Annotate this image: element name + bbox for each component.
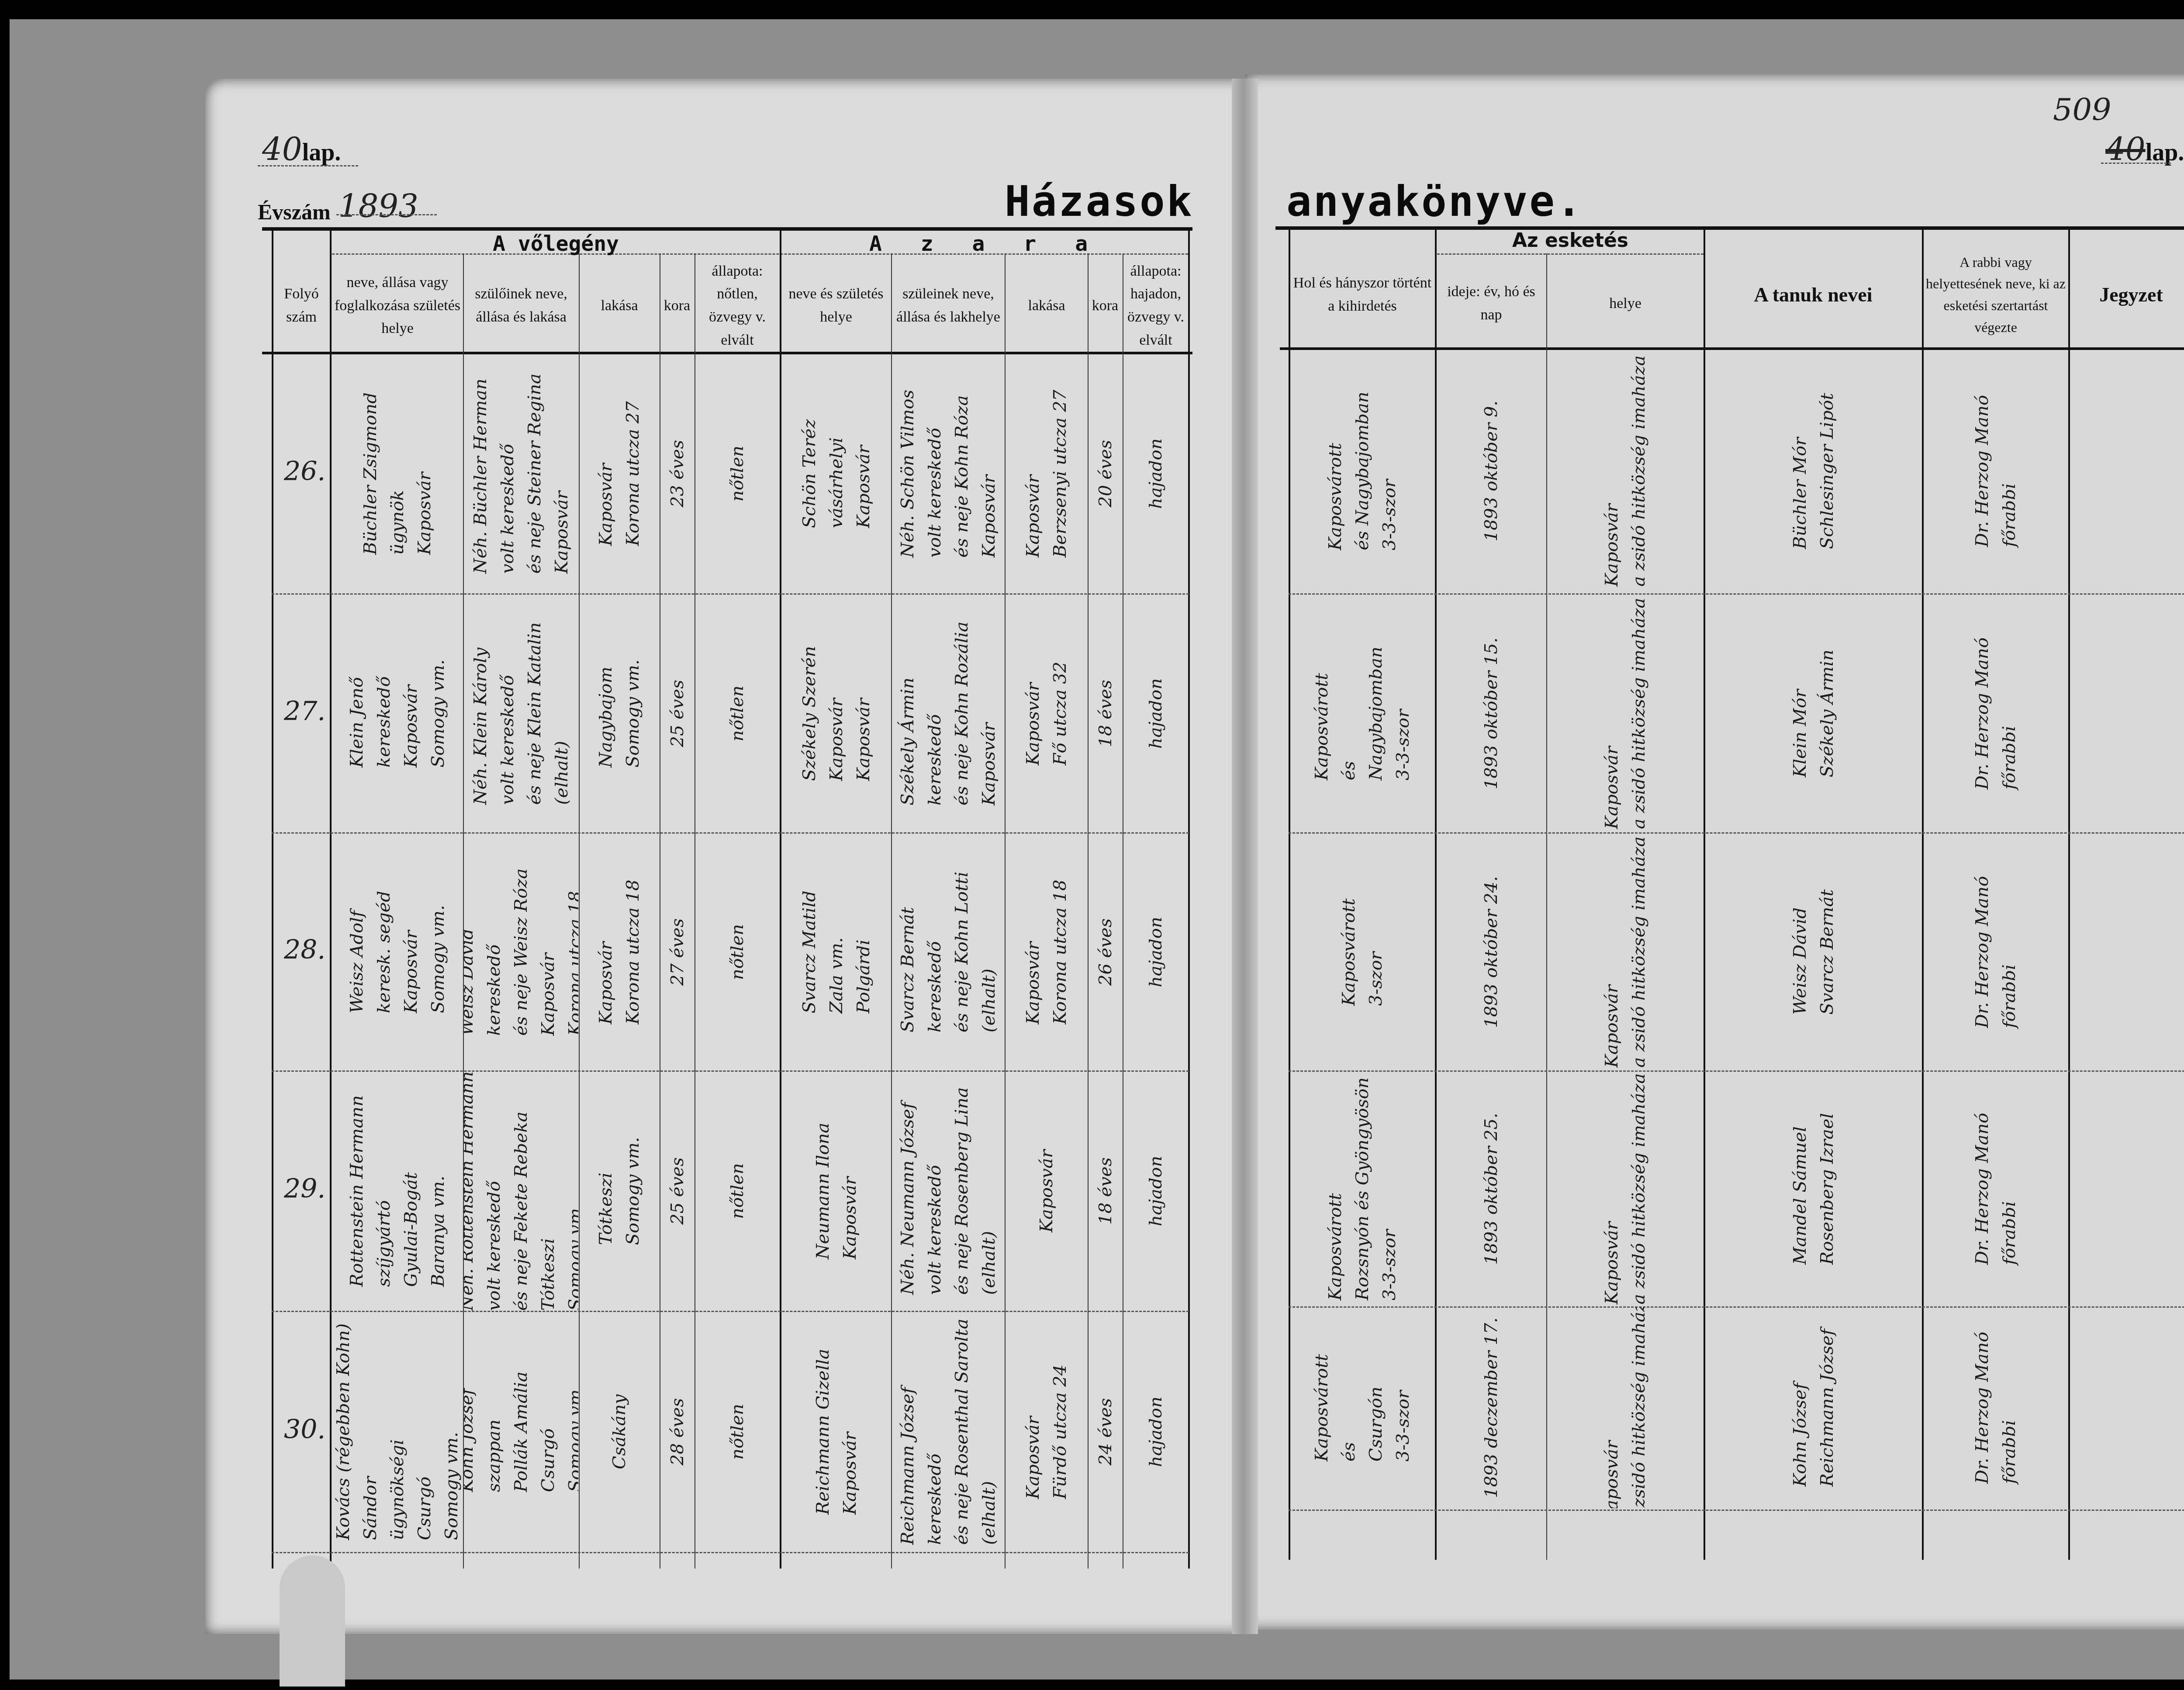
bride-residence-cell-text: KaposvárFő utcza 32: [1019, 661, 1074, 765]
handwritten-line: (elhalt): [975, 872, 1002, 1032]
handwritten-line: ügynökségi: [384, 1323, 411, 1540]
handwritten-line: és neje Kohn Lotti: [948, 872, 975, 1032]
bride-name-cell-text: Székely SzerénKaposvárKaposvár: [796, 646, 877, 781]
handwritten-line: főrabbi: [1996, 876, 2023, 1028]
kihirdetes-cell-text: KaposvárottésCsurgón3-3-szor: [1308, 1354, 1417, 1461]
handwritten-line: volt kereskedő: [494, 374, 521, 574]
bride-name-cell: Székely SzerénKaposvárKaposvár: [782, 594, 891, 832]
bride-residence-cell: KaposvárFő utcza 32: [1006, 594, 1088, 832]
handwritten-line: Kaposvár: [823, 646, 850, 781]
handwritten-line: 3-szor: [1362, 898, 1389, 1006]
bride-name-cell-text: Schön TerézvásárhelyiKaposvár: [796, 419, 877, 528]
handwritten-line: Fürdő utcza 24: [1047, 1364, 1074, 1499]
esketes-place-cell-text: Kaposvára zsidó hitközség imaháza: [1598, 1307, 1652, 1508]
handwritten-line: 3-3-szor: [1389, 1354, 1417, 1461]
groom-residence-cell-text: Csákány: [606, 1394, 633, 1469]
bride-parents-cell-text: Székely Árminkereskedőés neje Kohn Rozál…: [894, 621, 1002, 805]
groom-parents-cell: Néh. Rottenstein Hermannvolt kereskedőés…: [464, 1071, 578, 1311]
handwritten-line: 1893 október 24.: [1478, 876, 1505, 1028]
rabbi-cell: Dr. Herzog Manófőrabbi: [1924, 350, 2068, 592]
handwritten-line: Kaposvár: [836, 1123, 864, 1260]
handwritten-line: Kaposvár: [850, 646, 877, 781]
groom-residence-cell: TótkesziSomogy vm.: [580, 1071, 659, 1311]
kihirdetes-cell-text: KaposvárottésNagybajomban3-3-szor: [1308, 646, 1417, 780]
handwritten-line: a zsidó hitközség imaháza: [1625, 1307, 1652, 1508]
handwritten-line: Rosenberg Izrael: [1814, 1113, 1841, 1264]
groom-status-cell-text: nőtlen: [724, 446, 751, 502]
handwritten-line: Dr. Herzog Manó: [1969, 395, 1996, 547]
rabbi-cell: Dr. Herzog Manófőrabbi: [1924, 833, 2068, 1070]
row-separator: [1289, 1510, 2184, 1511]
bride-status-cell: hajadon: [1123, 1071, 1188, 1311]
entry-number: 30.: [284, 1414, 325, 1445]
bride-age-cell: 26 éves: [1089, 833, 1123, 1070]
bride-parents-cell-text: Néh. Schön Vilmosvolt kereskedőés neje K…: [894, 390, 1002, 558]
handwritten-line: Kaposvárott: [1308, 646, 1335, 780]
kihirdetes-cell: KaposvárottésNagybajomban3-3-szor: [1290, 594, 1434, 832]
handwritten-line: Kaposvár: [850, 419, 877, 528]
bride-parents-cell-text: Svarcz Bernátkereskedőés neje Kohn Lotti…: [894, 872, 1002, 1032]
bride-age-header: kora: [1089, 262, 1122, 350]
handwritten-line: Kaposvár: [1598, 355, 1625, 586]
year-line: [336, 214, 437, 215]
bride-parents-header: szüleinek neve, állása és lakhelye: [893, 262, 1004, 350]
handwritten-line: Néh. Rottenstein Hermann: [464, 1071, 480, 1311]
esketes-place-cell-text: Kaposvára zsidó hitközség imaháza: [1598, 1073, 1652, 1304]
groom-residence-cell: NagybajomSomogy vm.: [580, 594, 659, 832]
handwritten-line: Somogy vm.: [438, 1323, 463, 1540]
groom-parents-cell: Kohn JózsefszappanPollák AmáliaCsurgóSom…: [464, 1312, 578, 1552]
handwritten-line: Kaposvárott: [1308, 1354, 1335, 1461]
handwritten-line: Tótkeszi: [592, 1137, 619, 1245]
groom-parents-cell: Néh. Büchler Hermanvolt kereskedőés neje…: [464, 354, 578, 593]
handwritten-line: 27 éves: [664, 918, 691, 985]
right-page-number-line: [2101, 163, 2171, 164]
handwritten-line: Baranya vm.: [425, 1095, 452, 1287]
handwritten-line: Kaposvár: [1598, 836, 1625, 1067]
document-title-left: Házasok: [1005, 177, 1194, 226]
kihirdetes-cell-text: Kaposvárott3-szor: [1335, 898, 1389, 1006]
handwritten-line: és neje Weisz Róza: [508, 868, 535, 1035]
rabbi-cell: Dr. Herzog Manófőrabbi: [1924, 1071, 2068, 1306]
handwritten-line: Dr. Herzog Manó: [1969, 1332, 1996, 1484]
handwritten-line: Polgárdi: [850, 890, 877, 1013]
handwritten-line: 23 éves: [664, 440, 691, 507]
witnesses-cell-text: Weisz DávidSvarcz Bernát: [1787, 889, 1841, 1015]
handwritten-line: Somogy vm.: [562, 1371, 578, 1492]
handwritten-line: 1893 október 25.: [1478, 1113, 1505, 1265]
esketes-place-cell: Kaposvára zsidó hitközség imaháza: [1547, 1307, 1704, 1508]
bride-name-cell-text: Reichmann GizellaKaposvár: [809, 1349, 864, 1515]
handwritten-line: Somogy vm.: [425, 891, 452, 1013]
witnesses-cell-text: Mandel SámuelRosenberg Izrael: [1787, 1113, 1841, 1264]
bride-parents-cell: Néh. Neumann Józsefvolt kereskedőés neje…: [892, 1071, 1005, 1311]
bride-status-cell: hajadon: [1123, 833, 1188, 1070]
handwritten-line: Kaposvár: [1598, 598, 1625, 829]
groom-name-cell-text: Kovács (régebben Kohn)SándorügynökségiCs…: [332, 1323, 463, 1540]
groom-name-cell: Rottenstein HermannszíjgyártóGyulai-Bogá…: [332, 1071, 463, 1311]
groom-residence-cell: KaposvárKorona utcza 27: [580, 354, 659, 593]
witnesses-cell-text: Büchler MórSchlesinger Lipót: [1787, 393, 1841, 549]
handwritten-line: 24 éves: [1092, 1398, 1119, 1465]
handwritten-line: Dr. Herzog Manó: [1969, 637, 1996, 789]
handwritten-line: Schlesinger Lipót: [1814, 393, 1841, 549]
handwritten-line: kereskedő: [921, 872, 948, 1032]
kihirdetes-cell: Kaposvárottés Nagybajomban3-3-szor: [1290, 350, 1434, 592]
groom-name-cell-text: Weisz Adolfkeresk. segédKaposvárSomogy v…: [343, 891, 452, 1013]
esketes-place-cell: Kaposvára zsidó hitközség imaháza: [1547, 350, 1704, 592]
handwritten-line: Kaposvár: [535, 868, 562, 1035]
bride-status-cell-text: hajadon: [1142, 1396, 1169, 1467]
handwritten-line: Néh. Klein Károly: [467, 622, 494, 805]
handwritten-line: főrabbi: [1996, 1332, 2023, 1484]
handwritten-line: Kaposvárott: [1322, 391, 1349, 550]
groom-age-cell-text: 27 éves: [664, 918, 691, 985]
handwritten-line: volt kereskedő: [921, 1087, 948, 1295]
handwritten-line: Székely Szerén: [796, 646, 823, 781]
handwritten-line: Kaposvár: [1019, 661, 1047, 765]
groom-status-header: állapota: nőtlen, özvegy v. elvált: [696, 262, 778, 350]
handwritten-line: Kaposvár: [592, 401, 619, 546]
handwritten-line: Tótkeszi: [535, 1071, 562, 1311]
groom-name-header: neve, állása vagy foglalkozása születés …: [333, 262, 462, 350]
bride-group-header: A z a r a: [782, 232, 1188, 256]
handwritten-line: és Nagybajomban: [1349, 391, 1376, 550]
handwritten-line: 18 éves: [1092, 679, 1119, 747]
handwritten-line: 1893 október 9.: [1478, 401, 1505, 541]
groom-age-header: kora: [660, 262, 694, 350]
handwritten-line: Kaposvárott: [1322, 1077, 1349, 1301]
esketes-date-cell-text: 1893 október 24.: [1478, 876, 1505, 1028]
handwritten-line: Kaposvár: [1033, 1150, 1060, 1233]
witnesses-cell: Mandel SámuelRosenberg Izrael: [1705, 1071, 1922, 1306]
witnesses-cell: Kohn JózsefReichmann József: [1705, 1307, 1922, 1508]
groom-parents-header: szülőinek neve, állása és lakása: [465, 262, 577, 350]
groom-age-cell: 23 éves: [660, 354, 695, 593]
handwritten-line: és neje Kohn Róza: [948, 390, 975, 558]
entry-number: 27.: [284, 696, 325, 727]
handwritten-line: a zsidó hitközség imaháza: [1625, 1073, 1652, 1304]
year-field: Évszám 1893: [258, 188, 418, 225]
handwritten-line: Mandel Sámuel: [1787, 1113, 1814, 1264]
handwritten-line: és neje Rosenberg Lina: [948, 1087, 975, 1295]
groom-status-cell-text: nőtlen: [724, 1404, 751, 1460]
groom-parents-cell-text: Kohn JózsefszappanPollák AmáliaCsurgóSom…: [464, 1371, 578, 1492]
rabbi-cell-text: Dr. Herzog Manófőrabbi: [1969, 1332, 2023, 1484]
groom-status-cell-text: nőtlen: [724, 685, 751, 741]
handwritten-line: nőtlen: [724, 685, 751, 741]
groom-residence-cell-text: KaposvárKorona utcza 18: [592, 880, 646, 1024]
esketes-date-cell: 1893 október 25.: [1437, 1071, 1546, 1306]
esketes-date-cell: 1893 október 24.: [1437, 833, 1546, 1070]
handwritten-line: Kaposvár: [548, 374, 575, 574]
handwritten-line: és neje Klein Katalin: [521, 622, 548, 805]
handwritten-line: hajadon: [1142, 678, 1169, 748]
bride-parents-cell-text: Reichmann Józsefkereskedőés neje Rosenth…: [894, 1319, 1002, 1545]
esketes-place-cell-text: Kaposvára zsidó hitközség imaháza: [1598, 598, 1652, 829]
bride-age-cell-text: 20 éves: [1092, 440, 1119, 507]
handwritten-line: Kaposvár: [592, 880, 619, 1024]
handwritten-line: 3-3-szor: [1389, 646, 1417, 780]
handwritten-line: nőtlen: [724, 924, 751, 980]
rabbi-cell-text: Dr. Herzog Manófőrabbi: [1969, 395, 2023, 547]
handwritten-line: 1893 deczember 17.: [1478, 1317, 1505, 1498]
handwritten-line: 25 éves: [664, 679, 691, 747]
bride-residence-cell-text: Kaposvár: [1033, 1150, 1060, 1233]
handwritten-line: Néh. Büchler Herman: [467, 374, 494, 574]
document-title-right: anyakönyve.: [1286, 177, 1583, 226]
handwritten-line: hajadon: [1142, 438, 1169, 509]
handwritten-line: kereskedő: [921, 621, 948, 805]
tanuk-header: A tanuk nevei: [1706, 245, 1921, 345]
bride-status-cell: hajadon: [1123, 594, 1188, 832]
groom-status-cell-text: nőtlen: [724, 1163, 751, 1219]
groom-age-cell: 28 éves: [660, 1312, 695, 1552]
handwritten-line: 26 éves: [1092, 918, 1119, 985]
esketes-place-cell-text: Kaposvára zsidó hitközség imaháza: [1598, 355, 1652, 586]
kihirdetes-cell: KaposvárottRozsnyón és Gyöngyösön3-3-szo…: [1290, 1071, 1434, 1306]
groom-group-header: A vőlegény: [332, 232, 780, 256]
thumb-holding-page: [280, 1555, 345, 1687]
esketes-date-cell: 1893 október 9.: [1437, 350, 1546, 592]
bride-name-cell: Svarcz MatildZala vm.Polgárdi: [782, 833, 891, 1070]
esketes-group-header: Az esketés: [1437, 229, 1704, 252]
bride-residence-cell: KaposvárKorona utcza 18: [1006, 833, 1088, 1070]
handwritten-line: Nagybajomban: [1362, 646, 1389, 780]
handwritten-line: Somogy vm.: [619, 659, 646, 768]
handwritten-line: és: [1335, 646, 1362, 780]
handwritten-line: Kaposvár: [836, 1349, 864, 1515]
groom-status-cell: nőtlen: [695, 1312, 779, 1552]
handwritten-line: Schön Teréz: [796, 419, 823, 528]
bride-residence-cell: KaposvárFürdő utcza 24: [1006, 1312, 1088, 1552]
year-value: 1893: [339, 188, 418, 225]
groom-parents-cell: Néh. Klein Károlyvolt kereskedőés neje K…: [464, 594, 578, 832]
handwritten-line: Nagybajom: [592, 659, 619, 768]
handwritten-line: és neje Rosenthal Sarolta: [948, 1319, 975, 1545]
handwritten-line: Néh. Neumann József: [894, 1087, 921, 1295]
bride-residence-header: lakása: [1006, 262, 1087, 350]
handwritten-line: Rottenstein Hermann: [343, 1095, 370, 1287]
kihirdetes-cell: Kaposvárott3-szor: [1290, 833, 1434, 1070]
handwritten-line: Gyulai-Bogát: [397, 1095, 425, 1287]
col-border: [272, 227, 273, 1569]
rabbi-cell-text: Dr. Herzog Manófőrabbi: [1969, 876, 2023, 1028]
groom-age-cell-text: 23 éves: [664, 440, 691, 507]
book-gutter: [1232, 79, 1258, 1634]
esketes-date-cell-text: 1893 deczember 17.: [1478, 1317, 1505, 1498]
col-border: [330, 227, 332, 1569]
bride-status-cell: hajadon: [1123, 354, 1188, 593]
esketes-place-cell-text: Kaposvára zsidó hitközség imaháza: [1598, 836, 1652, 1067]
handwritten-line: 3-3-szor: [1376, 1077, 1403, 1301]
handwritten-line: Korona utcza 27: [619, 401, 646, 546]
groom-residence-cell-text: KaposvárKorona utcza 27: [592, 401, 646, 546]
year-label: Évszám: [258, 199, 331, 225]
handwritten-line: Kovács (régebben Kohn): [332, 1323, 357, 1540]
handwritten-line: Kohn József: [1787, 1329, 1814, 1487]
col-border: [780, 227, 781, 1569]
handwritten-line: szappan: [480, 1371, 508, 1492]
handwritten-line: Sándor: [357, 1323, 384, 1540]
handwritten-line: 25 éves: [664, 1157, 691, 1225]
handwritten-line: Somogy vm.: [562, 1071, 578, 1311]
groom-age-cell-text: 28 éves: [664, 1398, 691, 1465]
handwritten-line: volt kereskedő: [480, 1071, 508, 1311]
groom-name-cell: Weisz Adolfkeresk. segédKaposvárSomogy v…: [332, 833, 463, 1070]
col-border: [2068, 227, 2070, 1560]
handwritten-line: nőtlen: [724, 1404, 751, 1460]
handwritten-line: Rozsnyón és Gyöngyösön: [1349, 1077, 1376, 1301]
bride-status-cell-text: hajadon: [1142, 438, 1169, 509]
handwritten-line: Somogy vm.: [619, 1137, 646, 1245]
handwritten-line: 1893 október 15.: [1478, 637, 1505, 790]
handwritten-line: Büchler Zsigmond: [357, 392, 384, 555]
handwritten-line: Csákány: [606, 1394, 633, 1469]
esketes-place-cell: Kaposvára zsidó hitközség imaháza: [1547, 1071, 1704, 1306]
handwritten-line: kereskedő: [921, 1319, 948, 1545]
bride-status-cell-text: hajadon: [1142, 917, 1169, 987]
groom-status-cell-text: nőtlen: [724, 924, 751, 980]
bride-parents-cell: Svarcz Bernátkereskedőés neje Kohn Lotti…: [892, 833, 1005, 1070]
handwritten-line: Kaposvár: [1598, 1073, 1625, 1304]
handwritten-line: Kaposvár: [1019, 880, 1047, 1024]
groom-status-cell: nőtlen: [695, 1071, 779, 1311]
handwritten-line: (elhalt): [975, 1087, 1002, 1295]
handwritten-line: volt kereskedő: [494, 622, 521, 805]
esketes-divider: [1437, 253, 1704, 255]
groom-name-cell: Kovács (régebben Kohn)SándorügynökségiCs…: [332, 1312, 463, 1552]
groom-residence-header: lakása: [580, 262, 659, 350]
bride-age-cell: 24 éves: [1089, 1312, 1123, 1552]
handwritten-line: Fő utcza 32: [1047, 661, 1074, 765]
bride-age-cell-text: 18 éves: [1092, 679, 1119, 747]
handwritten-line: ügynök: [384, 392, 411, 555]
esketes-place-cell: Kaposvára zsidó hitközség imaháza: [1547, 833, 1704, 1070]
page-number-line: [258, 165, 358, 166]
groom-residence-cell-text: TótkesziSomogy vm.: [592, 1137, 646, 1245]
bride-status-header: állapota: hajadon, özvegy v. elvált: [1124, 262, 1187, 350]
bride-parents-cell: Reichmann Józsefkereskedőés neje Rosenth…: [892, 1312, 1005, 1552]
groom-age-cell: 25 éves: [660, 1071, 695, 1311]
groom-name-cell: Klein JenőkereskedőKaposvárSomogy vm.: [332, 594, 463, 832]
rabbi-header: A rabbi vagy helyettesének neve, ki az e…: [1924, 245, 2067, 345]
groom-name-cell: Büchler ZsigmondügynökKaposvár: [332, 354, 463, 593]
bride-parents-cell-text: Néh. Neumann Józsefvolt kereskedőés neje…: [894, 1087, 1002, 1295]
bride-age-cell-text: 18 éves: [1092, 1157, 1119, 1225]
kihirdetes-cell: KaposvárottésCsurgón3-3-szor: [1290, 1307, 1434, 1508]
bride-residence-cell-text: KaposvárFürdő utcza 24: [1019, 1364, 1074, 1499]
handwritten-line: Reichmann József: [894, 1319, 921, 1545]
bride-status-cell-text: hajadon: [1142, 678, 1169, 748]
bride-status-cell-text: hajadon: [1142, 1156, 1169, 1226]
handwritten-line: főrabbi: [1996, 1113, 2023, 1265]
groom-parents-cell-text: Néh. Büchler Hermanvolt kereskedőés neje…: [467, 374, 575, 574]
kihirdetes-header: Hol és hányszor történt a kihirdetés: [1291, 245, 1434, 345]
handwritten-line: Büchler Mór: [1787, 393, 1814, 549]
row-separator: [272, 1552, 1189, 1553]
handwritten-line: főrabbi: [1996, 395, 2023, 547]
handwritten-line: és neje Steiner Regina: [521, 374, 548, 574]
entry-number: 26.: [284, 456, 325, 487]
groom-name-cell-text: Rottenstein HermannszíjgyártóGyulai-Bogá…: [343, 1095, 452, 1287]
handwritten-line: szíjgyártó: [370, 1095, 397, 1287]
handwritten-line: Csurgó: [535, 1371, 562, 1492]
groom-age-cell-text: 25 éves: [664, 1157, 691, 1225]
handwritten-line: Kaposvár: [411, 392, 438, 555]
handwritten-line: keresk. segéd: [370, 891, 397, 1013]
witnesses-cell-text: Klein MórSzékely Ármin: [1787, 649, 1841, 777]
bride-age-cell: 18 éves: [1089, 1071, 1123, 1311]
handwritten-line: Svarcz Bernát: [1814, 889, 1841, 1015]
esketes-place-cell: Kaposvára zsidó hitközség imaháza: [1547, 594, 1704, 832]
handwritten-line: és: [1335, 1354, 1362, 1461]
handwritten-line: kereskedő: [370, 659, 397, 768]
handwritten-line: 3-3-szor: [1376, 391, 1403, 550]
kihirdetes-cell-text: Kaposvárottés Nagybajomban3-3-szor: [1322, 391, 1403, 550]
jegyzet-header: Jegyzet: [2070, 245, 2184, 345]
handwritten-line: főrabbi: [1996, 637, 2023, 789]
handwritten-line: Weisz Dávid: [1787, 889, 1814, 1015]
handwritten-line: és neje Fekete Rebeka: [508, 1071, 535, 1311]
bride-parents-cell: Néh. Schön Vilmosvolt kereskedőés neje K…: [892, 354, 1005, 593]
entry-number: 28.: [284, 935, 325, 965]
groom-parents-cell-text: Weisz Dávidkereskedőés neje Weisz RózaKa…: [464, 868, 578, 1035]
handwritten-line: Somogy vm.: [425, 659, 452, 768]
handwritten-line: Weisz Adolf: [343, 891, 370, 1013]
handwritten-line: a zsidó hitközség imaháza: [1625, 598, 1652, 829]
handwritten-line: Székely Ármin: [1814, 649, 1841, 777]
rabbi-cell-text: Dr. Herzog Manófőrabbi: [1969, 637, 2023, 789]
lap-label: lap.: [302, 139, 341, 166]
kihirdetes-cell-text: KaposvárottRozsnyón és Gyöngyösön3-3-szo…: [1322, 1077, 1403, 1301]
witnesses-cell: Klein MórSzékely Ármin: [1705, 594, 1922, 832]
handwritten-line: Klein Mór: [1787, 649, 1814, 777]
col-border: [1188, 227, 1190, 1569]
handwritten-line: Kaposvár: [1019, 1364, 1047, 1499]
left-page-number: 40lap.: [262, 131, 341, 168]
groom-name-cell-text: Büchler ZsigmondügynökKaposvár: [357, 392, 438, 555]
bride-residence-cell: KaposvárBerzsenyi utcza 27: [1006, 354, 1088, 593]
witnesses-cell: Weisz DávidSvarcz Bernát: [1705, 833, 1922, 1070]
bride-name-cell: Schön TerézvásárhelyiKaposvár: [782, 354, 891, 593]
right-table-top-rule: [1275, 226, 2184, 230]
handwritten-line: volt kereskedő: [921, 390, 948, 558]
groom-status-cell: nőtlen: [695, 354, 779, 593]
groom-parents-cell-text: Néh. Rottenstein Hermannvolt kereskedőés…: [464, 1071, 578, 1311]
handwritten-line: Klein Jenő: [343, 659, 370, 768]
handwritten-line: Korona utcza 18: [562, 868, 578, 1035]
folyo-szam-header: Folyó szám: [273, 262, 329, 350]
esketes-date-cell: 1893 október 15.: [1437, 594, 1546, 832]
handwritten-line: a zsidó hitközség imaháza: [1625, 836, 1652, 1067]
groom-name-cell-text: Klein JenőkereskedőKaposvárSomogy vm.: [343, 659, 452, 768]
groom-age-cell: 25 éves: [660, 594, 695, 832]
bride-name-header: neve és születés helye: [782, 262, 890, 350]
esketes-date-cell-text: 1893 október 9.: [1478, 401, 1505, 541]
groom-status-cell: nőtlen: [695, 594, 779, 832]
handwritten-line: Kaposvárott: [1335, 898, 1362, 1006]
handwritten-line: kereskedő: [480, 868, 508, 1035]
handwritten-line: Dr. Herzog Manó: [1969, 876, 1996, 1028]
witnesses-cell-text: Kohn JózsefReichmann József: [1787, 1329, 1841, 1487]
handwritten-line: hajadon: [1142, 1396, 1169, 1467]
handwritten-line: Pollák Amália: [508, 1371, 535, 1492]
bride-age-cell: 20 éves: [1089, 354, 1123, 593]
handwritten-line: Csurgó: [411, 1323, 438, 1540]
handwritten-line: és neje Kohn Rozália: [948, 621, 975, 805]
handwritten-line: Néh. Schön Vilmos: [894, 390, 921, 558]
